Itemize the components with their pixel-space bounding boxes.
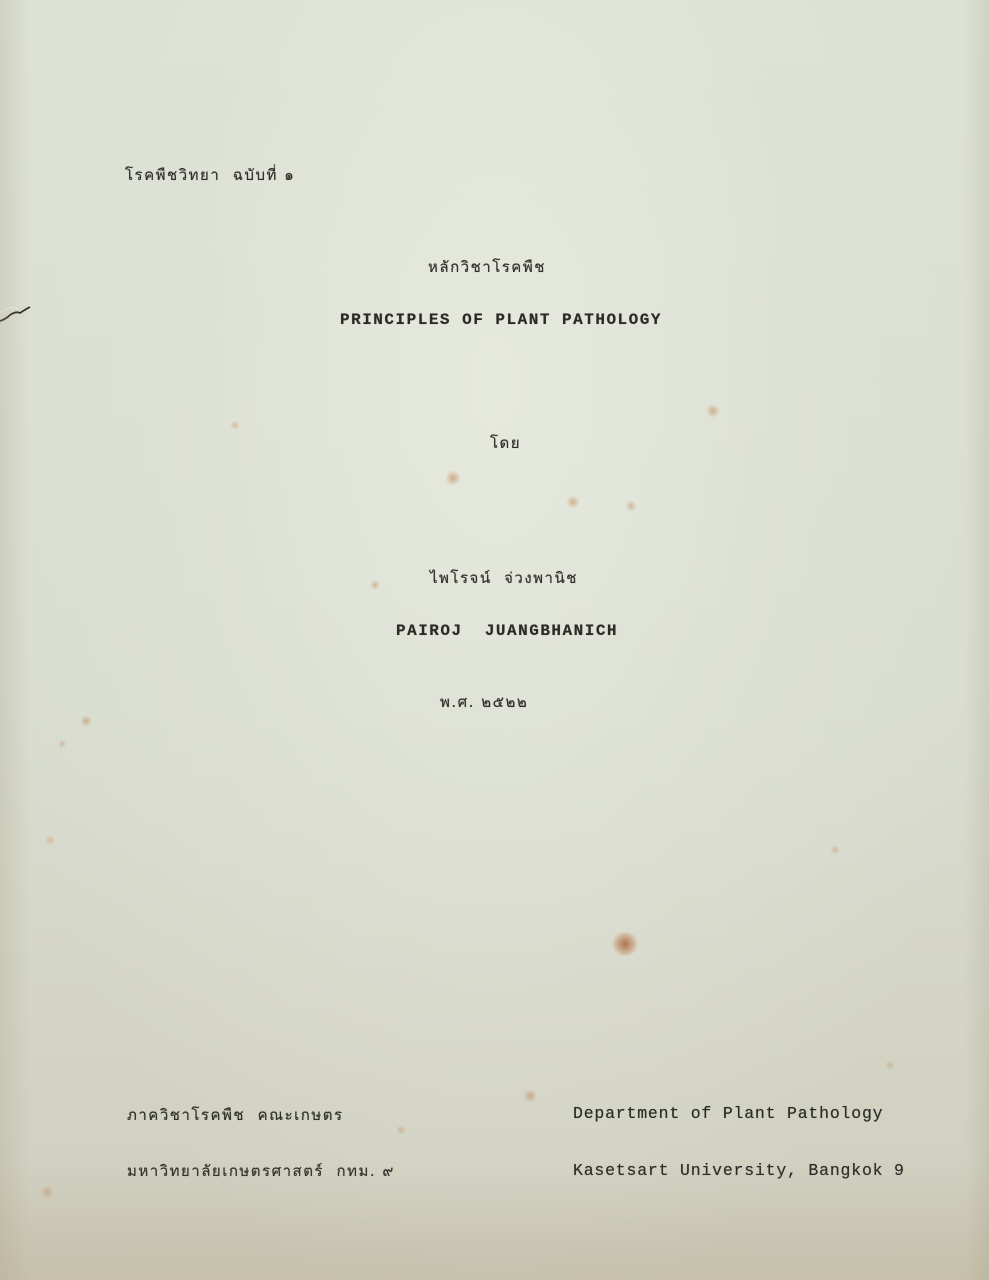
footer-university-english: Kasetsart University, Bangkok 9 <box>573 1161 905 1180</box>
stain <box>45 835 55 845</box>
stain <box>396 1125 406 1135</box>
stain <box>80 715 92 727</box>
stain <box>40 1185 54 1199</box>
stain <box>706 404 720 418</box>
paper-tear <box>0 295 32 325</box>
stain <box>230 420 240 430</box>
stain <box>625 500 637 512</box>
stain <box>370 580 380 590</box>
by-label: โดย <box>490 431 521 455</box>
year-thai: พ.ศ. ๒๕๒๒ <box>440 690 528 714</box>
author-english: PAIROJ JUANGBHANICH <box>396 622 618 640</box>
footer-department-thai: ภาควิชาโรคพืช คณะเกษตร <box>127 1103 344 1127</box>
stain <box>445 470 461 486</box>
stain-large <box>612 932 638 956</box>
stain <box>566 495 580 509</box>
stain <box>885 1060 895 1070</box>
series-label: โรคพืชวิทยา ฉบับที่ ๑ <box>125 163 295 187</box>
stain <box>58 740 66 748</box>
stain <box>522 1090 538 1102</box>
document-page: โรคพืชวิทยา ฉบับที่ ๑ หลักวิชาโรคพืช PRI… <box>0 0 989 1280</box>
stain <box>830 845 840 855</box>
title-thai: หลักวิชาโรคพืช <box>428 255 546 279</box>
footer-department-english: Department of Plant Pathology <box>573 1104 883 1123</box>
footer-university-thai: มหาวิทยาลัยเกษตรศาสตร์ กทม. ๙ <box>127 1159 395 1183</box>
author-thai: ไพโรจน์ จ่วงพานิช <box>430 566 578 590</box>
title-english: PRINCIPLES OF PLANT PATHOLOGY <box>340 311 662 329</box>
